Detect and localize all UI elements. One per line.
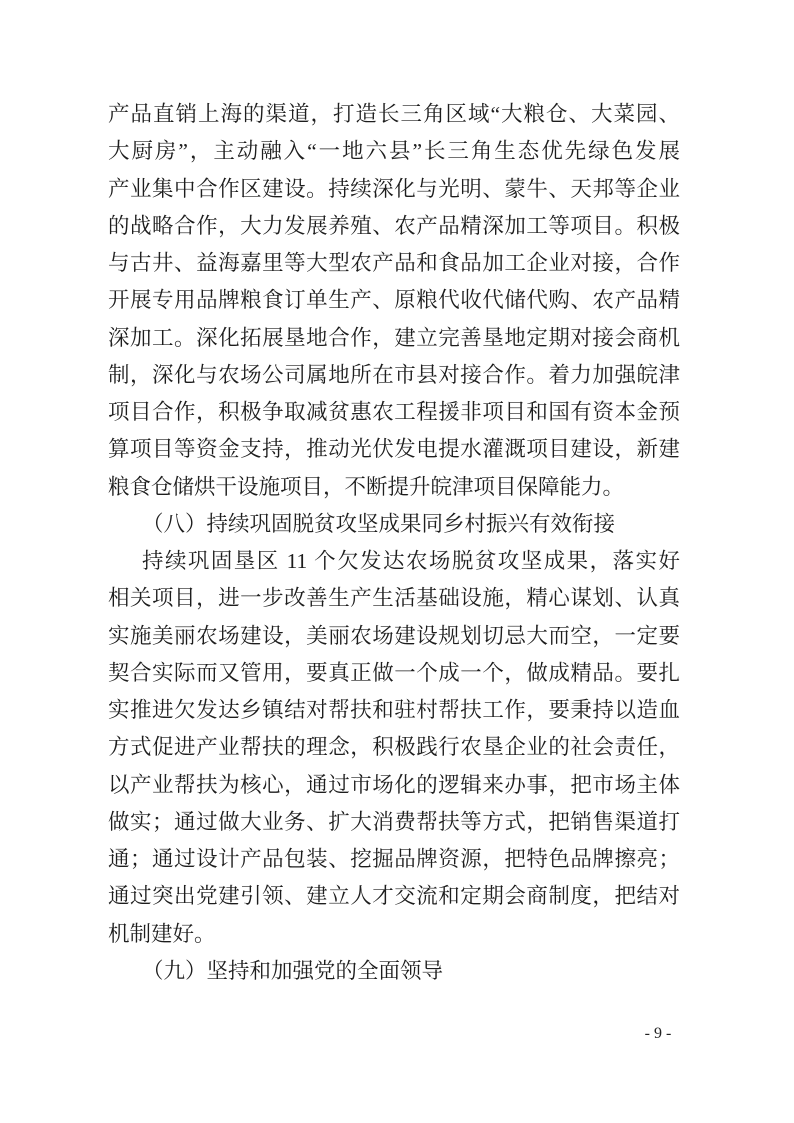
text-line: 以产业帮扶为核心，通过市场化的逻辑来办事，把市场主体 xyxy=(108,767,680,804)
text-line: 的战略合作，大力发展养殖、农产品精深加工等项目。积极 xyxy=(108,208,680,245)
document-body: 产品直销上海的渠道，打造长三角区域“大粮仓、大菜园、大厨房”，主动融入“一地六县… xyxy=(108,96,680,990)
text-line: 产业集中合作区建设。持续深化与光明、蒙牛、天邦等企业 xyxy=(108,171,680,208)
text-line: 粮食仓储烘干设施项目，不断提升皖津项目保障能力。 xyxy=(108,469,680,506)
text-line: 持续巩固垦区 11 个欠发达农场脱贫攻坚成果，落实好 xyxy=(108,543,680,580)
section-heading: （八）持续巩固脱贫攻坚成果同乡村振兴有效衔接 xyxy=(108,506,680,543)
text-line: 方式促进产业帮扶的理念，积极践行农垦企业的社会责任， xyxy=(108,729,680,766)
document-page: 产品直销上海的渠道，打造长三角区域“大粮仓、大菜园、大厨房”，主动融入“一地六县… xyxy=(0,0,794,1123)
text-line: 大厨房”，主动融入“一地六县”长三角生态优先绿色发展 xyxy=(108,133,680,170)
text-line: 开展专用品牌粮食订单生产、原粮代收代储代购、农产品精 xyxy=(108,282,680,319)
section-heading: （九）坚持和加强党的全面领导 xyxy=(108,953,680,990)
text-line: 产品直销上海的渠道，打造长三角区域“大粮仓、大菜园、 xyxy=(108,96,680,133)
text-line: 算项目等资金支持，推动光伏发电提水灌溉项目建设，新建 xyxy=(108,431,680,468)
text-line: 通过突出党建引领、建立人才交流和定期会商制度，把结对 xyxy=(108,878,680,915)
text-line: 通；通过设计产品包装、挖掘品牌资源，把特色品牌擦亮； xyxy=(108,841,680,878)
text-line: 做实；通过做大业务、扩大消费帮扶等方式，把销售渠道打 xyxy=(108,804,680,841)
text-line: 实推进欠发达乡镇结对帮扶和驻村帮扶工作，要秉持以造血 xyxy=(108,692,680,729)
text-line: 项目合作，积极争取减贫惠农工程援非项目和国有资本金预 xyxy=(108,394,680,431)
text-line: 实施美丽农场建设，美丽农场建设规划切忌大而空，一定要 xyxy=(108,618,680,655)
text-line: 相关项目，进一步改善生产生活基础设施，精心谋划、认真 xyxy=(108,580,680,617)
text-line: 与古井、益海嘉里等大型农产品和食品加工企业对接，合作 xyxy=(108,245,680,282)
text-line: 制，深化与农场公司属地所在市县对接合作。着力加强皖津 xyxy=(108,357,680,394)
text-line: 深加工。深化拓展垦地合作，建立完善垦地定期对接会商机 xyxy=(108,320,680,357)
text-line: 契合实际而又管用，要真正做一个成一个，做成精品。要扎 xyxy=(108,655,680,692)
text-line: 机制建好。 xyxy=(108,916,680,953)
page-number: - 9 - xyxy=(630,1024,686,1044)
